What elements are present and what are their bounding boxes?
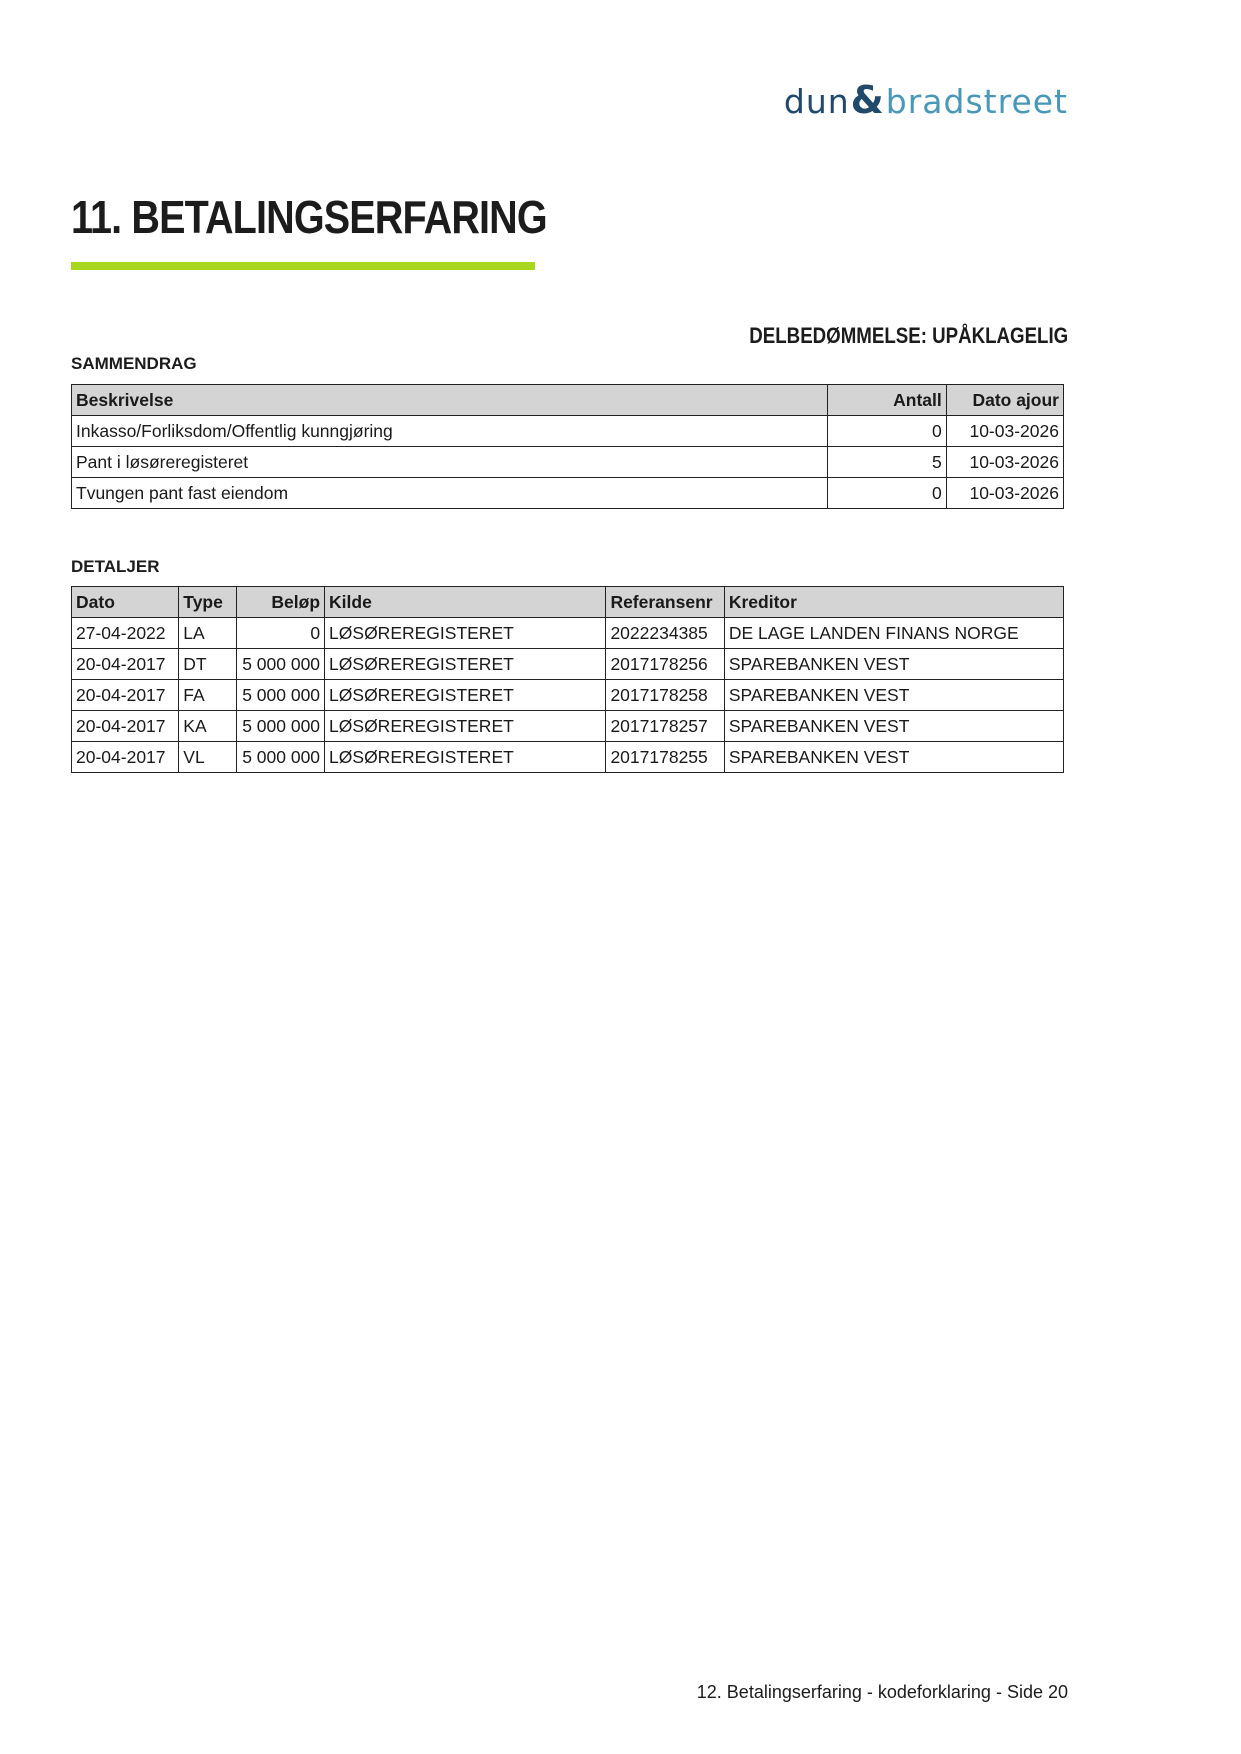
cell-dato: 20-04-2017	[72, 680, 179, 711]
cell-referansenr: 2017178258	[606, 680, 724, 711]
cell-antall: 0	[828, 478, 946, 509]
cell-dato: 20-04-2017	[72, 742, 179, 773]
logo-text-bradstreet: bradstreet	[886, 82, 1068, 121]
details-table: Dato Type Beløp Kilde Referansenr Kredit…	[71, 586, 1064, 773]
cell-kreditor: DE LAGE LANDEN FINANS NORGE	[724, 618, 1063, 649]
cell-kilde: LØSØREREGISTERET	[325, 680, 606, 711]
cell-kreditor: SPAREBANKEN VEST	[724, 649, 1063, 680]
page-footer: 12. Betalingserfaring - kodeforklaring -…	[697, 1682, 1068, 1703]
page-title: 11. BETALINGSERFARING	[71, 190, 547, 244]
cell-referansenr: 2017178255	[606, 742, 724, 773]
cell-beskrivelse: Inkasso/Forliksdom/Offentlig kunngjøring	[72, 416, 828, 447]
details-row: 20-04-2017DT5 000 000LØSØREREGISTERET201…	[72, 649, 1064, 680]
cell-beskrivelse: Tvungen pant fast eiendom	[72, 478, 828, 509]
col-kilde: Kilde	[325, 587, 606, 618]
cell-kreditor: SPAREBANKEN VEST	[724, 680, 1063, 711]
cell-type: LA	[179, 618, 237, 649]
col-antall: Antall	[828, 385, 946, 416]
col-beskrivelse: Beskrivelse	[72, 385, 828, 416]
col-belop: Beløp	[236, 587, 324, 618]
details-row: 20-04-2017VL5 000 000LØSØREREGISTERET201…	[72, 742, 1064, 773]
cell-dato: 20-04-2017	[72, 711, 179, 742]
cell-type: VL	[179, 742, 237, 773]
cell-beskrivelse: Pant i løsøreregisteret	[72, 447, 828, 478]
details-row: 20-04-2017FA5 000 000LØSØREREGISTERET201…	[72, 680, 1064, 711]
summary-row: Inkasso/Forliksdom/Offentlig kunngjøring…	[72, 416, 1064, 447]
cell-antall: 0	[828, 416, 946, 447]
details-label: DETALJER	[71, 557, 159, 577]
summary-row: Pant i løsøreregisteret510-03-2026	[72, 447, 1064, 478]
logo-ampersand: &	[851, 78, 885, 122]
title-underline	[71, 262, 535, 270]
cell-belop: 5 000 000	[236, 680, 324, 711]
details-row: 20-04-2017KA5 000 000LØSØREREGISTERET201…	[72, 711, 1064, 742]
cell-referansenr: 2017178257	[606, 711, 724, 742]
cell-kilde: LØSØREREGISTERET	[325, 742, 606, 773]
cell-kreditor: SPAREBANKEN VEST	[724, 742, 1063, 773]
col-referansenr: Referansenr	[606, 587, 724, 618]
cell-dato-ajour: 10-03-2026	[946, 478, 1063, 509]
details-header-row: Dato Type Beløp Kilde Referansenr Kredit…	[72, 587, 1064, 618]
dun-bradstreet-logo: dun & bradstreet	[784, 78, 1068, 122]
cell-kilde: LØSØREREGISTERET	[325, 649, 606, 680]
cell-kilde: LØSØREREGISTERET	[325, 618, 606, 649]
cell-type: DT	[179, 649, 237, 680]
cell-dato: 20-04-2017	[72, 649, 179, 680]
cell-type: FA	[179, 680, 237, 711]
col-dato: Dato	[72, 587, 179, 618]
cell-referansenr: 2022234385	[606, 618, 724, 649]
col-type: Type	[179, 587, 237, 618]
col-kreditor: Kreditor	[724, 587, 1063, 618]
col-dato-ajour: Dato ajour	[946, 385, 1063, 416]
cell-dato-ajour: 10-03-2026	[946, 416, 1063, 447]
summary-label: SAMMENDRAG	[71, 354, 197, 374]
summary-table: Beskrivelse Antall Dato ajour Inkasso/Fo…	[71, 384, 1064, 509]
cell-belop: 5 000 000	[236, 649, 324, 680]
logo-text-dun: dun	[784, 82, 850, 121]
cell-type: KA	[179, 711, 237, 742]
cell-kilde: LØSØREREGISTERET	[325, 711, 606, 742]
cell-antall: 5	[828, 447, 946, 478]
cell-belop: 5 000 000	[236, 711, 324, 742]
summary-row: Tvungen pant fast eiendom010-03-2026	[72, 478, 1064, 509]
cell-belop: 0	[236, 618, 324, 649]
rating-heading: DELBEDØMMELSE: UPÅKLAGELIG	[749, 323, 1068, 349]
cell-dato: 27-04-2022	[72, 618, 179, 649]
details-row: 27-04-2022LA0LØSØREREGISTERET2022234385D…	[72, 618, 1064, 649]
summary-header-row: Beskrivelse Antall Dato ajour	[72, 385, 1064, 416]
cell-referansenr: 2017178256	[606, 649, 724, 680]
cell-dato-ajour: 10-03-2026	[946, 447, 1063, 478]
cell-belop: 5 000 000	[236, 742, 324, 773]
cell-kreditor: SPAREBANKEN VEST	[724, 711, 1063, 742]
